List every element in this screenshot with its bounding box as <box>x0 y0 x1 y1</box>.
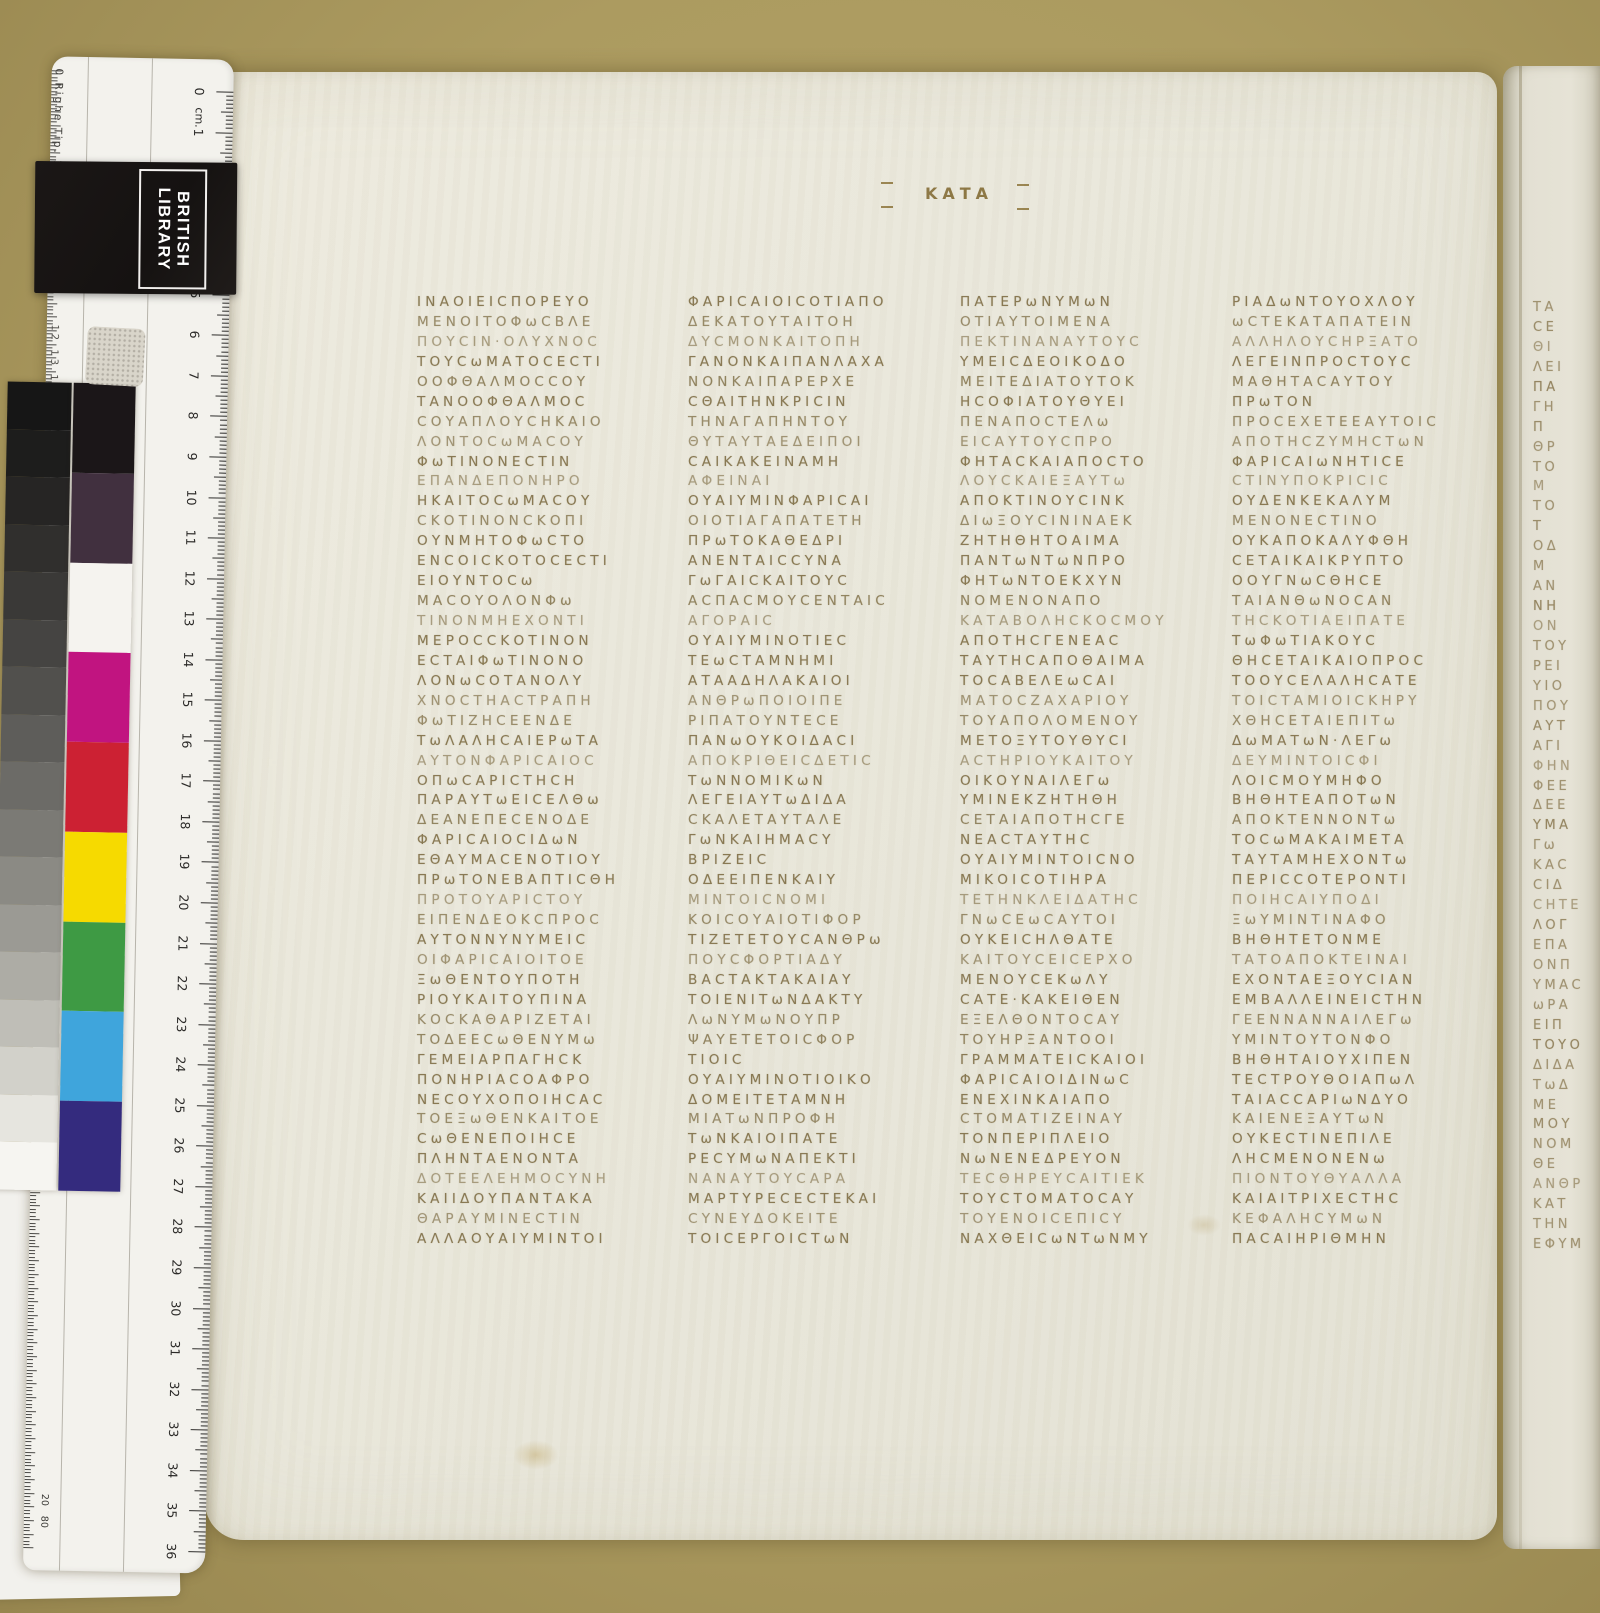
text-line: ΛΕΓΕΙΝΠΡΟCΤΟΥC <box>1232 353 1504 373</box>
cm-tick <box>191 1389 208 1390</box>
text-line: ΠΙΟΝΤΟΥΘΥΑΛΛΑ <box>1232 1170 1504 1190</box>
mm-tick <box>206 882 218 883</box>
mm-tick <box>207 1109 214 1110</box>
mm-tick <box>208 1040 215 1041</box>
mm-tick <box>217 574 224 575</box>
left-tick <box>50 139 60 140</box>
left-tick <box>26 1411 36 1412</box>
left-tick <box>26 1400 32 1401</box>
mm-tick <box>204 1275 211 1276</box>
left-tick <box>50 152 60 153</box>
mm-tick <box>222 319 229 320</box>
left-tick <box>29 1264 35 1265</box>
cm-number: 14 <box>181 649 196 669</box>
mm-tick <box>212 834 219 835</box>
left-tick <box>47 306 53 307</box>
running-title: ΚΑΤΑ <box>889 184 1029 203</box>
mm-tick <box>219 489 226 490</box>
cm-tick <box>203 781 220 782</box>
mm-tick <box>221 351 228 352</box>
mm-tick <box>226 120 233 121</box>
mm-tick <box>222 331 229 332</box>
cm-number: 23 <box>174 1014 189 1034</box>
mm-tick <box>200 1466 207 1467</box>
mm-tick <box>205 1194 212 1195</box>
header-dash <box>881 206 893 208</box>
left-tick <box>51 91 57 92</box>
mm-tick <box>221 384 228 385</box>
mm-tick <box>204 1235 211 1236</box>
text-line: ΤΟ <box>1533 458 1600 478</box>
text-line: ΤΗΝ <box>1533 1215 1600 1235</box>
cm-number: 11 <box>183 527 198 547</box>
left-tick <box>51 94 57 95</box>
mm-tick <box>212 813 219 814</box>
text-line: ΛΟΙCΜΟΥΜΗΦΟ <box>1232 772 1504 792</box>
left-tick <box>47 296 53 297</box>
mm-tick <box>209 975 216 976</box>
mm-tick <box>203 1312 210 1313</box>
mm-tick <box>199 1523 206 1524</box>
text-line: ΝΑΝΑΥΤΟΥCΑΡΑ <box>688 1170 960 1190</box>
text-line: ΓΗ <box>1533 398 1600 418</box>
gray-step <box>3 572 68 621</box>
mm-tick <box>218 525 225 526</box>
mm-tick <box>205 1219 212 1220</box>
mm-tick <box>221 363 228 364</box>
gray-step <box>0 1142 57 1191</box>
text-line: ΜΙΑΤωΝΠΡΟΦΗ <box>688 1110 960 1130</box>
mm-tick <box>215 671 222 672</box>
left-tick <box>29 1270 35 1271</box>
mm-tick <box>221 392 228 393</box>
text-line: ΦΑΡΙCΑΙωΝΗΤΙCΕ <box>1232 453 1504 473</box>
mm-tick <box>207 1081 214 1082</box>
mm-tick <box>208 1048 215 1049</box>
text-line: ΠΑΝωΟΥΚΟΙΔΑCΙ <box>688 732 960 752</box>
text-line: ΖΗΤΗΘΗΤΟΑΙΜΑ <box>960 532 1232 552</box>
mm-tick <box>217 566 224 567</box>
left-tick <box>46 344 56 345</box>
left-tick <box>46 354 52 355</box>
gray-step <box>0 1094 58 1143</box>
text-line: ΟΙΟΤΙΑΓΑΠΑΤΕΤΗ <box>688 512 960 532</box>
parchment-stain <box>513 1440 559 1470</box>
mm-tick <box>199 1247 211 1248</box>
british-library-frame: BRITISH LIBRARY <box>138 169 207 290</box>
mm-tick <box>218 546 225 547</box>
left-tick <box>26 1431 32 1432</box>
cm-tick <box>202 862 219 863</box>
mm-tick <box>211 878 218 879</box>
text-line: ΛωΝΥΜωΝΟΥΠΡ <box>688 1011 960 1031</box>
text-line: ΚΑΙΕΝΕΞΑΥΤωΝ <box>1232 1110 1504 1130</box>
text-line: ΠΟΥCΙΝ·ΟΛΥΧΝΟC <box>417 333 689 353</box>
left-tick <box>26 1424 36 1425</box>
left-tick <box>24 1527 30 1528</box>
text-line: ΛΕΓΕΙΑΥΤωΔΙΔΑ <box>688 791 960 811</box>
mm-tick <box>205 1211 212 1212</box>
manuscript-column: ΠΑΤΕΡωΝΥΜωΝΟΤΙΑΥΤΟΙΜΕΝΑΠΕΚΤΙΝΑΝΑΥΤΟΥCΥΜΕ… <box>960 293 1232 1250</box>
mm-tick <box>203 1284 210 1285</box>
text-line: ΦΑΡΙCΑΙΟΙCΟΤΙΑΠΟ <box>688 293 960 313</box>
text-line: ΜΑΤΟCΖΑΧΑΡΙΟΥ <box>960 692 1232 712</box>
left-tick <box>46 364 52 365</box>
cm-tick <box>194 1267 211 1268</box>
text-line: ΧΝΟCΤΗΑCΤΡΑΠΗ <box>417 692 689 712</box>
left-tick <box>52 74 58 75</box>
mm-tick <box>214 716 221 717</box>
mm-tick <box>212 558 224 559</box>
left-tick <box>24 1500 30 1501</box>
text-line: ΝΟΝΚΑΙΠΑΡΕΡΧΕ <box>688 373 960 393</box>
left-tick <box>47 320 53 321</box>
left-tick <box>27 1356 37 1357</box>
text-line: ΟΥΔΕΝΚΕΚΑΛΥΜ <box>1232 492 1504 512</box>
mm-tick <box>209 1012 216 1013</box>
cm-number: 16 <box>179 730 194 750</box>
left-tick <box>46 357 56 358</box>
left-tick <box>50 145 56 146</box>
text-line: ΓΝωCΕωCΑΥΤΟΙ <box>960 911 1232 931</box>
mm-tick <box>203 1304 210 1305</box>
mm-tick <box>214 757 221 758</box>
left-tick <box>51 84 61 85</box>
mm-tick <box>206 1138 213 1139</box>
mm-tick <box>204 1255 211 1256</box>
mm-tick <box>222 302 229 303</box>
text-line: ΒΗΘΗΤΕΤΟΝΜΕ <box>1232 931 1504 951</box>
text-line: ΤΟΥΟ <box>1533 1036 1600 1056</box>
text-line: ΠΑCΑΙΗΡΙΘΜΗΝ <box>1232 1230 1504 1250</box>
cm-tick <box>193 1308 210 1309</box>
text-line: ΔΕΚΑΤΟΥΤΑΙΤΟΗ <box>688 313 960 333</box>
left-tick <box>26 1390 32 1391</box>
cm-number: 17 <box>178 771 193 791</box>
manuscript-text-block: ΙΝΑΟΙΕΙCΠΟΡΕΥΟΜΕΝΟΙΤΟΦωCΒΛΕΠΟΥCΙΝ·ΟΛΥΧΝΟ… <box>205 293 1497 1293</box>
mm-tick <box>202 1344 209 1345</box>
text-line: ΠΑΡΑΥΤωΕΙCΕΛΘω <box>417 791 689 811</box>
color-patch <box>70 472 134 563</box>
mm-tick <box>195 1450 207 1451</box>
mm-tick <box>210 939 217 940</box>
text-line: ΤΟΥCωΜΑΤΟCΕCΤΙ <box>417 353 689 373</box>
text-line: ΕΙΟΥΝΤΟCω <box>417 572 689 592</box>
left-tick <box>28 1322 34 1323</box>
text-line: ΟΙΦΑΡΙCΑΙΟΙΤΟΕ <box>417 951 689 971</box>
text-line: ΕΙCΑΥΤΟΥCΠΡΟ <box>960 433 1232 453</box>
mm-tick <box>201 1166 213 1167</box>
mm-tick <box>211 874 218 875</box>
mm-tick <box>217 582 224 583</box>
gray-step <box>0 1047 59 1096</box>
text-line: ΞωΥΜΙΝΤΙΝΑΦΟ <box>1232 911 1504 931</box>
text-line: ΟΙΚΟΥΝΑΙΛΕΓω <box>960 772 1232 792</box>
left-tick <box>51 104 57 105</box>
cm-tick <box>216 91 233 92</box>
mm-tick <box>215 667 222 668</box>
mm-tick <box>225 136 232 137</box>
left-tick <box>25 1441 31 1442</box>
left-tick <box>27 1376 33 1377</box>
text-line: ΨΑΥΕΤΕΤΟΙCΦΟΡ <box>688 1031 960 1051</box>
text-line: ΑΦΕΙΝΑΙ <box>688 472 960 492</box>
text-line: ΛΗCΜΕΝΟΝΕΝω <box>1232 1150 1504 1170</box>
text-line: ΤΕωCΤΑΜΝΗΜΙ <box>688 652 960 672</box>
left-tick <box>27 1349 33 1350</box>
left-tick <box>51 98 61 99</box>
text-line: ΟΥΑΙΥΜΙΝΟΤΙΟΙΚΟ <box>688 1071 960 1091</box>
mm-tick <box>203 1324 210 1325</box>
left-tick <box>28 1332 34 1333</box>
text-line: ΔΥCΜΟΝΚΑΙΤΟΠΗ <box>688 333 960 353</box>
left-tick <box>51 115 57 116</box>
mm-tick <box>218 529 225 530</box>
mm-tick <box>206 1150 213 1151</box>
text-line: ΑΝ <box>1533 577 1600 597</box>
mm-tick <box>202 1361 209 1362</box>
mm-tick <box>225 148 232 149</box>
mm-tick <box>209 1008 216 1009</box>
cm-number: 19 <box>177 852 192 872</box>
text-line: ΤΟΥCΤΟΜΑΤΟCΑΥ <box>960 1190 1232 1210</box>
text-line: ΟΥΝΜΗΤΟΦωCΤΟ <box>417 532 689 552</box>
mm-tick <box>221 388 228 389</box>
mm-tick <box>207 1077 214 1078</box>
text-line: ΤωΝΚΑΙΟΙΠΑΤΕ <box>688 1130 960 1150</box>
cm-number: 35 <box>164 1500 179 1520</box>
text-line: ΤΑΥΤΗCΑΠΟΘΑΙΜΑ <box>960 652 1232 672</box>
mm-tick <box>211 886 218 887</box>
text-line: ΝΕΑCΤΑΥΤΗC <box>960 831 1232 851</box>
mm-tick <box>203 1292 210 1293</box>
mm-tick <box>203 1320 210 1321</box>
mm-tick <box>200 1442 207 1443</box>
mm-tick <box>194 1531 206 1532</box>
text-line: ΞωΘΕΝΤΟΥΠΟΤΗ <box>417 971 689 991</box>
mm-tick <box>201 1417 208 1418</box>
text-line: ΛΟΥCΚΑΙΕΞΑΥΤω <box>960 472 1232 492</box>
left-tick <box>26 1407 32 1408</box>
left-tick <box>29 1243 35 1244</box>
text-line: ΘΑΡΑΥΜΙΝΕCΤΙΝ <box>417 1210 689 1230</box>
text-line: ΕΝΕΧΙΝΚΑΙΑΠΟ <box>960 1091 1232 1111</box>
left-tick <box>51 125 61 126</box>
mm-tick <box>219 465 226 466</box>
text-line: ΝΟΜ <box>1533 1135 1600 1155</box>
text-line: ΤΑΝΟΟΦΘΑΛΜΟC <box>417 393 689 413</box>
left-tick <box>28 1294 34 1295</box>
mm-tick <box>222 298 229 299</box>
mm-tick <box>213 777 220 778</box>
mm-tick <box>210 947 217 948</box>
mm-tick <box>226 128 233 129</box>
text-line: ΚΟCΚΑΘΑΡΙΖΕΤΑΙ <box>417 1011 689 1031</box>
text-line: ΜΕΙΤΕΔΙΑΤΟΥΤΟΚ <box>960 373 1232 393</box>
left-tick <box>50 135 56 136</box>
text-line: ΤΑΙΑCCΑΡΙωΝΔΥΟ <box>1232 1091 1504 1111</box>
left-tick <box>47 337 53 338</box>
text-line: ΛΕΙ <box>1533 358 1600 378</box>
mm-tick <box>204 1251 211 1252</box>
mm-tick <box>215 684 222 685</box>
text-line: Μ <box>1533 477 1600 497</box>
left-tick <box>29 1257 35 1258</box>
text-line: ΔΙΔΑ <box>1533 1056 1600 1076</box>
text-line: ΚΑΤΑΒΟΛΗCΚΟCΜΟΥ <box>960 612 1232 632</box>
mm-tick <box>217 315 229 316</box>
mm-tick <box>215 696 222 697</box>
text-line: ΑΠΟΚΤΕΝΝΟΝΤω <box>1232 811 1504 831</box>
text-line: CΕΤΑΙΚΑΙΚΡΥΠΤΟ <box>1232 552 1504 572</box>
text-line: ΘΕ <box>1533 1155 1600 1175</box>
brand-line-2: LIBRARY <box>153 187 173 270</box>
text-line: ΤΑΙΑΝΘωΝΟCΑΝ <box>1232 592 1504 612</box>
left-tick <box>26 1394 32 1395</box>
left-tick <box>52 70 62 71</box>
mm-tick <box>200 1486 207 1487</box>
mm-tick <box>216 396 228 397</box>
mm-tick <box>208 1061 215 1062</box>
left-tick <box>26 1435 32 1436</box>
gray-step <box>0 809 64 858</box>
folio-fold-seam <box>1519 66 1522 1549</box>
mm-tick <box>226 124 233 125</box>
left-tick <box>25 1479 35 1480</box>
mm-tick <box>208 1057 215 1058</box>
text-line: ΒΑCΤΑΚΤΑΚΑΙΑΥ <box>688 971 960 991</box>
text-line: ΜΑCΟΥΟΛΟΝΦω <box>417 592 689 612</box>
text-line: ΜΑΘΗΤΑCΑΥΤΟΥ <box>1232 373 1504 393</box>
mm-tick <box>218 542 225 543</box>
text-line: ΟΔΕΕΙΠΕΝΚΑΙΥ <box>688 871 960 891</box>
mm-tick <box>222 323 229 324</box>
mm-tick <box>208 1069 215 1070</box>
text-line: ΕΠΑΝΔΕΠΟΝΗΡΟ <box>417 472 689 492</box>
text-line: ΠΡωΤΟΝΕΒΑΠΤΙCΘΗ <box>417 871 689 891</box>
mm-tick <box>204 1231 211 1232</box>
text-line: ΠΡΟΤΟΥΑΡΙCΤΟΥ <box>417 891 689 911</box>
mm-tick <box>208 1036 215 1037</box>
mm-tick <box>220 448 227 449</box>
color-patch <box>62 921 126 1012</box>
text-line: ΙΝΑΟΙΕΙCΠΟΡΕΥΟ <box>417 293 689 313</box>
cm-tick <box>195 1227 212 1228</box>
mm-tick <box>205 1202 212 1203</box>
left-tick <box>29 1240 35 1241</box>
left-tick <box>24 1534 34 1535</box>
left-tick <box>27 1342 37 1343</box>
left-tick <box>27 1339 33 1340</box>
text-line: ΑCΠΑCΜΟΥCΕΝΤΑΙC <box>688 592 960 612</box>
mm-tick <box>211 866 218 867</box>
cm-tick <box>190 1470 207 1471</box>
cm-number: 25 <box>172 1095 187 1115</box>
cm-number: 28 <box>170 1217 185 1237</box>
left-tick <box>26 1397 36 1398</box>
mm-tick <box>220 400 227 401</box>
cm-tick <box>201 902 218 903</box>
mm-tick <box>207 1121 214 1122</box>
left-tick <box>30 1199 36 1200</box>
text-line: ΤΟΙΕΝΙΤωΝΔΑΚΤΥ <box>688 991 960 1011</box>
text-line: ΤΙΖΕΤΕΤΟΥCΑΝΘΡω <box>688 931 960 951</box>
text-line: ΟΤΙΑΥΤΟΙΜΕΝΑ <box>960 313 1232 333</box>
left-tick <box>29 1277 35 1278</box>
cm-tick <box>205 659 222 660</box>
left-tick <box>25 1445 31 1446</box>
mm-tick <box>199 1539 206 1540</box>
left-tick <box>25 1465 35 1466</box>
text-line: ΕΘΑΥΜΑCΕΝΟΤΙΟΥ <box>417 851 689 871</box>
header-dash <box>1017 208 1029 210</box>
mm-tick <box>225 140 232 141</box>
text-line: ΤΑΤΟΑΠΟΚΤΕΙΝΑΙ <box>1232 951 1504 971</box>
mm-tick <box>205 1223 212 1224</box>
manuscript-column: ΙΝΑΟΙΕΙCΠΟΡΕΥΟΜΕΝΟΙΤΟΦωCΒΛΕΠΟΥCΙΝ·ΟΛΥΧΝΟ… <box>417 293 689 1250</box>
mm-tick <box>198 1543 205 1544</box>
cm-tick <box>197 1105 214 1106</box>
mm-tick <box>204 1271 211 1272</box>
mm-tick <box>207 1113 214 1114</box>
mm-tick <box>214 752 221 753</box>
text-line: ΒΗΘΗΤΕΑΠΟΤωΝ <box>1232 791 1504 811</box>
text-line: ΚΟΙCΟΥΑΙΟΤΙΦΟΡ <box>688 911 960 931</box>
mm-tick <box>216 627 223 628</box>
mm-tick <box>219 473 226 474</box>
left-tick <box>30 1209 36 1210</box>
cm-number: 34 <box>165 1460 180 1480</box>
mm-tick <box>214 477 226 478</box>
mm-tick <box>201 1393 208 1394</box>
cm-tick <box>209 497 226 498</box>
mm-tick <box>209 720 221 721</box>
mm-tick <box>206 1158 213 1159</box>
mm-tick <box>220 428 227 429</box>
text-line: ΛΟΝωCΟΤΑΝΟΛΥ <box>417 672 689 692</box>
left-tick <box>25 1482 31 1483</box>
mm-tick <box>199 1527 206 1528</box>
text-line: ΜΕΝΟΝΕCΤΙΝΟ <box>1232 512 1504 532</box>
text-line: ΝΟΜΕΝΟΝΑΠΟ <box>960 592 1232 612</box>
text-line: ΠΡωΤΟΝ <box>1232 393 1504 413</box>
mm-tick <box>216 607 223 608</box>
mm-tick <box>201 1425 208 1426</box>
text-line: ΔΟΜΕΙΤΕΤΑΜΝΗ <box>688 1091 960 1111</box>
mm-tick <box>199 1494 206 1495</box>
mm-tick <box>213 517 225 518</box>
mm-tick <box>215 663 222 664</box>
mm-tick <box>199 1535 206 1536</box>
text-line: ΤΕΤΗΝΚΛΕΙΔΑΤΗC <box>960 891 1232 911</box>
text-line: ΤΟCΑΒΕΛΕωCΑΙ <box>960 672 1232 692</box>
mm-tick <box>214 724 221 725</box>
mm-tick <box>213 769 220 770</box>
left-tick <box>47 327 53 328</box>
text-line: ΒΡΙΖΕΙC <box>688 851 960 871</box>
mm-tick <box>201 1405 208 1406</box>
cm-number: 15 <box>180 690 195 710</box>
mm-tick <box>206 1130 213 1131</box>
text-line: ΘΙ <box>1533 338 1600 358</box>
left-tick <box>47 330 57 331</box>
mm-tick <box>220 412 227 413</box>
mm-tick <box>210 955 217 956</box>
color-patch <box>72 383 136 474</box>
text-line: ΡΕΙ <box>1533 657 1600 677</box>
mm-tick <box>214 748 221 749</box>
left-tick <box>28 1315 38 1316</box>
